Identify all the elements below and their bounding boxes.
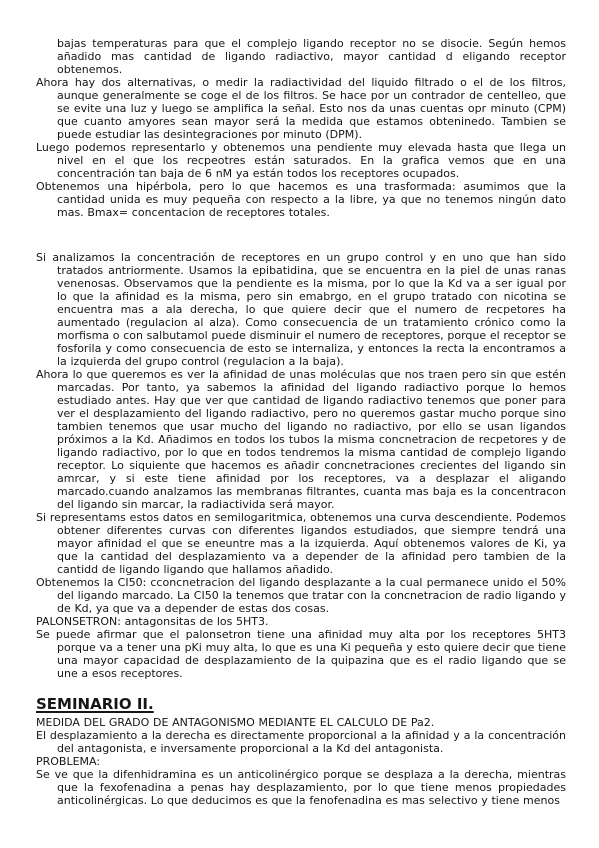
paragraph-pendiente: Luego podemos representarlo y obtenemos … xyxy=(36,141,566,180)
section-heading-seminario-ii: SEMINARIO II. xyxy=(36,695,566,714)
blank-lines-spacer xyxy=(36,219,566,251)
paragraph-alternativas: Ahora hay dos alternativas, o medir la r… xyxy=(36,76,566,141)
paragraph-palonsetron-afinidad: Se puede afirmar que el palonsetron tien… xyxy=(36,628,566,680)
paragraph-problema-text: Se ve que la difenhidramina es un antico… xyxy=(36,768,566,807)
paragraph-semilogaritmica: Si representams estos datos en semilogar… xyxy=(36,511,566,576)
paragraph-desplazamiento: El desplazamiento a la derecha es direct… xyxy=(36,729,566,755)
paragraph-ci50: Obtenemos la CI50: cconcnetracion del li… xyxy=(36,576,566,615)
document-page: bajas temperaturas para que el complejo … xyxy=(0,0,599,848)
paragraph-intro-continuation: bajas temperaturas para que el complejo … xyxy=(36,37,566,76)
paragraph-grupo-control: Si analizamos la concentración de recept… xyxy=(36,251,566,368)
paragraph-palonsetron: PALONSETRON: antagonsitas de los 5HT3. xyxy=(36,615,566,628)
paragraph-problema-label: PROBLEMA: xyxy=(36,755,566,768)
paragraph-afinidad-moleculas: Ahora lo que queremos es ver la afinidad… xyxy=(36,368,566,511)
paragraph-hiperbola: Obtenemos una hipérbola, pero lo que hac… xyxy=(36,180,566,219)
paragraph-seminario-subtitle: MEDIDA DEL GRADO DE ANTAGONISMO MEDIANTE… xyxy=(36,716,566,729)
blank-line-spacer xyxy=(36,680,566,695)
